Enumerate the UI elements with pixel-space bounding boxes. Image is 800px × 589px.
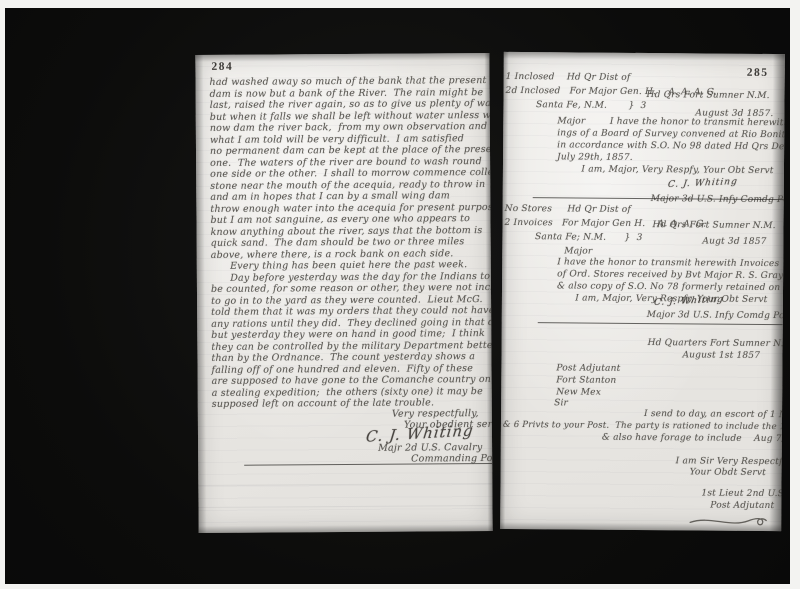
scanned-letterbook-screenshot: { "colors": { "film_black": "#0c0c0b", "… — [0, 0, 800, 589]
faint-ruling-line — [198, 483, 492, 486]
signature-letter1: C. J. Whiting — [667, 177, 738, 190]
letter3-addressee: Post AdjutantFort StantonNew Mex — [556, 363, 620, 400]
left-page-letter-body: had washed away so much of the bank that… — [209, 75, 487, 410]
letter3-body-line3: & also have forage to include Aug 7/57. — [602, 433, 785, 445]
letter1-body: Major I have the honor to transmit herew… — [557, 116, 783, 178]
pen-flourish-icon — [688, 511, 770, 530]
letter3-signer-title2: Post Adjutant — [710, 501, 774, 512]
letter3-body-line2: & 6 Privts to your Post. The party is ra… — [503, 420, 785, 433]
microfilm-background: 284 had washed away so much of the bank … — [5, 8, 790, 584]
closing-respectfully: Very respectfully, — [392, 408, 479, 420]
letter2-salutation: Major — [564, 246, 592, 256]
letter-block-3: Hd Quarters Fort Sumner N.M. August 1st … — [500, 334, 783, 531]
letter3-from: Hd Quarters Fort Sumner N.M. — [648, 338, 785, 349]
page-left: 284 had washed away so much of the bank … — [195, 53, 492, 533]
letter1-from: Hd Qrs Fort Sumner N.M. — [647, 90, 770, 101]
letter3-signer-title1: 1st Lieut 2nd U.S. Cavy — [701, 488, 784, 499]
page-right: 285 1 Inclosed Hd Qr Dist of2d Inclosed … — [500, 52, 785, 531]
letter2-date: Augt 3d 1857 — [702, 236, 766, 247]
letter2-from: Hd Qrs Fort Sumner N.M. — [652, 220, 775, 231]
letter-block-1: 1 Inclosed Hd Qr Dist of2d Inclosed For … — [503, 72, 785, 199]
page-number-left: 284 — [211, 61, 233, 73]
letter3-date: August 1st 1857 — [682, 350, 760, 361]
letter3-closing-line1: I am Sir Very Respectfully — [676, 456, 785, 467]
signer-rank: Majr 2d U.S. Cavalry — [378, 442, 482, 454]
handwritten-line: Santa Fe, N.M. } 3 — [505, 100, 717, 116]
handwritten-line: Fort Stanton — [556, 375, 620, 388]
letter3-salutation: Sir — [554, 398, 568, 408]
letter-block-2: No Stores Hd Qr Dist of2 Invoices For Ma… — [502, 204, 784, 324]
letter3-closing-line2: Your Obdt Servt — [690, 467, 766, 478]
handwritten-line: Santa Fe; N.M. } 3 — [504, 232, 706, 248]
letter3-body-line1: I send to day, an escort of 1 N.C. Offr — [644, 409, 785, 420]
handwritten-line: I am, Major, Very Respfy, Your Obt Servt — [557, 164, 783, 178]
signature-title-letter2: Major 3d U.S. Infy Comdg Post — [647, 310, 785, 321]
horizontal-rule-left-page — [244, 463, 492, 466]
handwritten-line: Post Adjutant — [556, 363, 620, 376]
faint-ruling-line — [198, 505, 492, 508]
